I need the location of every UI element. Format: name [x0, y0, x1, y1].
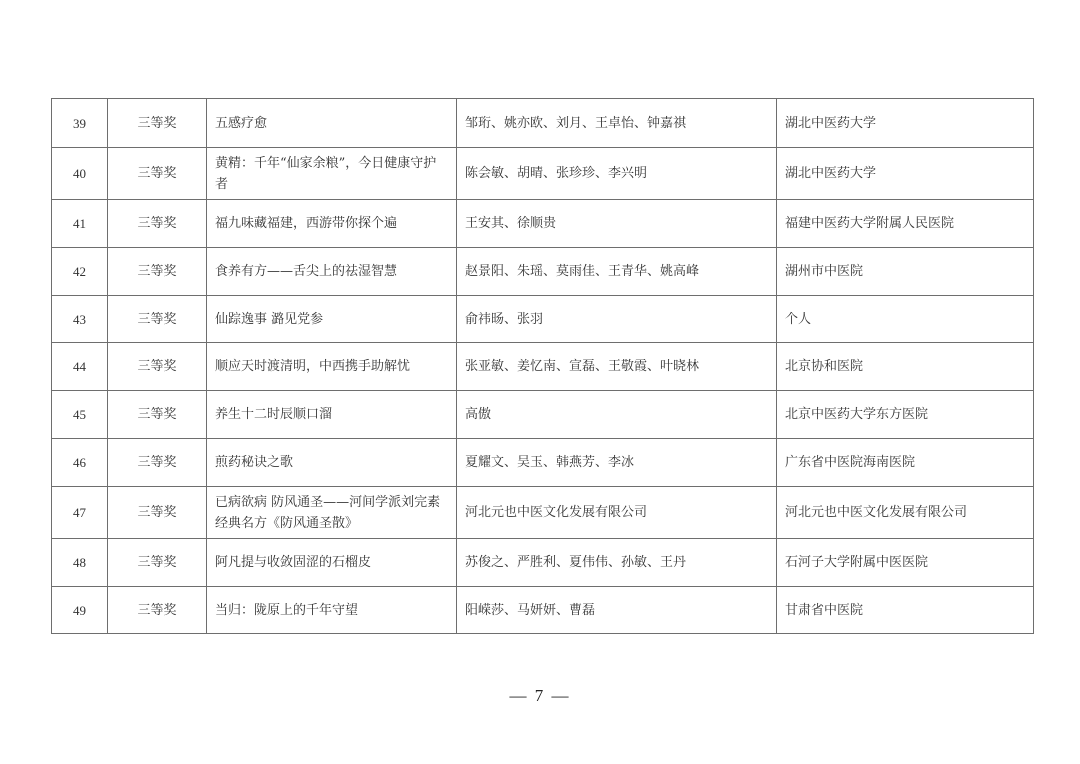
- organization-cell: 北京中医药大学东方医院: [777, 391, 1034, 439]
- work-title-cell: 煎药秘诀之歌: [207, 439, 457, 487]
- organization-cell: 湖州市中医院: [777, 248, 1034, 296]
- table-row: 47 三等奖 已病欲病 防风通圣——河间学派刘完素经典名方《防风通圣散》 河北元…: [52, 487, 1034, 539]
- award-level-cell: 三等奖: [108, 99, 207, 148]
- organization-cell: 河北元也中医文化发展有限公司: [777, 487, 1034, 539]
- row-number-cell: 41: [52, 200, 108, 248]
- table-row: 49 三等奖 当归：陇原上的千年守望 阳嵘莎、马妍妍、曹磊 甘肃省中医院: [52, 587, 1034, 634]
- organization-cell: 石河子大学附属中医医院: [777, 539, 1034, 587]
- work-title-cell: 仙踪逸事 潞见党参: [207, 296, 457, 343]
- award-level-cell: 三等奖: [108, 439, 207, 487]
- table-row: 42 三等奖 食养有方——舌尖上的祛湿智慧 赵景阳、朱瑶、莫雨佳、王青华、姚高峰…: [52, 248, 1034, 296]
- authors-cell: 俞祎旸、张羽: [457, 296, 777, 343]
- row-number-cell: 39: [52, 99, 108, 148]
- authors-cell: 苏俊之、严胜利、夏伟伟、孙敏、王丹: [457, 539, 777, 587]
- table-row: 43 三等奖 仙踪逸事 潞见党参 俞祎旸、张羽 个人: [52, 296, 1034, 343]
- award-level-cell: 三等奖: [108, 248, 207, 296]
- award-level-cell: 三等奖: [108, 343, 207, 391]
- authors-cell: 赵景阳、朱瑶、莫雨佳、王青华、姚高峰: [457, 248, 777, 296]
- table-row: 48 三等奖 阿凡提与收敛固涩的石榴皮 苏俊之、严胜利、夏伟伟、孙敏、王丹 石河…: [52, 539, 1034, 587]
- work-title-cell: 阿凡提与收敛固涩的石榴皮: [207, 539, 457, 587]
- authors-cell: 河北元也中医文化发展有限公司: [457, 487, 777, 539]
- authors-cell: 邹珩、姚亦欧、刘月、王卓怡、钟嘉祺: [457, 99, 777, 148]
- work-title-cell: 当归：陇原上的千年守望: [207, 587, 457, 634]
- row-number-cell: 47: [52, 487, 108, 539]
- award-level-cell: 三等奖: [108, 539, 207, 587]
- authors-cell: 高傲: [457, 391, 777, 439]
- row-number-cell: 44: [52, 343, 108, 391]
- work-title-cell: 养生十二时辰顺口溜: [207, 391, 457, 439]
- authors-cell: 张亚敏、姜忆南、宣磊、王敬霞、叶晓林: [457, 343, 777, 391]
- page-number: — 7 —: [0, 686, 1080, 706]
- award-level-cell: 三等奖: [108, 487, 207, 539]
- table-row: 45 三等奖 养生十二时辰顺口溜 高傲 北京中医药大学东方医院: [52, 391, 1034, 439]
- row-number-cell: 42: [52, 248, 108, 296]
- award-level-cell: 三等奖: [108, 148, 207, 200]
- award-level-cell: 三等奖: [108, 391, 207, 439]
- document-page: 39 三等奖 五感疗愈 邹珩、姚亦欧、刘月、王卓怡、钟嘉祺 湖北中医药大学 40…: [0, 0, 1080, 764]
- table-row: 39 三等奖 五感疗愈 邹珩、姚亦欧、刘月、王卓怡、钟嘉祺 湖北中医药大学: [52, 99, 1034, 148]
- table-row: 44 三等奖 顺应天时渡清明，中西携手助解忧 张亚敏、姜忆南、宣磊、王敬霞、叶晓…: [52, 343, 1034, 391]
- row-number-cell: 46: [52, 439, 108, 487]
- work-title-cell: 福九味藏福建，西游带你探个遍: [207, 200, 457, 248]
- work-title-cell: 顺应天时渡清明，中西携手助解忧: [207, 343, 457, 391]
- work-title-cell: 黄精：千年“仙家余粮”，今日健康守护者: [207, 148, 457, 200]
- authors-cell: 王安其、徐顺贵: [457, 200, 777, 248]
- authors-cell: 阳嵘莎、马妍妍、曹磊: [457, 587, 777, 634]
- row-number-cell: 49: [52, 587, 108, 634]
- authors-cell: 夏耀文、吴玉、韩燕芳、李冰: [457, 439, 777, 487]
- organization-cell: 北京协和医院: [777, 343, 1034, 391]
- work-title-cell: 食养有方——舌尖上的祛湿智慧: [207, 248, 457, 296]
- award-level-cell: 三等奖: [108, 587, 207, 634]
- row-number-cell: 45: [52, 391, 108, 439]
- authors-cell: 陈会敏、胡晴、张珍珍、李兴明: [457, 148, 777, 200]
- award-level-cell: 三等奖: [108, 200, 207, 248]
- row-number-cell: 48: [52, 539, 108, 587]
- organization-cell: 湖北中医药大学: [777, 99, 1034, 148]
- organization-cell: 广东省中医院海南医院: [777, 439, 1034, 487]
- awards-table: 39 三等奖 五感疗愈 邹珩、姚亦欧、刘月、王卓怡、钟嘉祺 湖北中医药大学 40…: [51, 98, 1034, 634]
- award-level-cell: 三等奖: [108, 296, 207, 343]
- organization-cell: 个人: [777, 296, 1034, 343]
- organization-cell: 福建中医药大学附属人民医院: [777, 200, 1034, 248]
- organization-cell: 湖北中医药大学: [777, 148, 1034, 200]
- row-number-cell: 43: [52, 296, 108, 343]
- awards-table-body: 39 三等奖 五感疗愈 邹珩、姚亦欧、刘月、王卓怡、钟嘉祺 湖北中医药大学 40…: [52, 99, 1034, 634]
- table-row: 40 三等奖 黄精：千年“仙家余粮”，今日健康守护者 陈会敏、胡晴、张珍珍、李兴…: [52, 148, 1034, 200]
- table-row: 46 三等奖 煎药秘诀之歌 夏耀文、吴玉、韩燕芳、李冰 广东省中医院海南医院: [52, 439, 1034, 487]
- row-number-cell: 40: [52, 148, 108, 200]
- work-title-cell: 五感疗愈: [207, 99, 457, 148]
- work-title-cell: 已病欲病 防风通圣——河间学派刘完素经典名方《防风通圣散》: [207, 487, 457, 539]
- organization-cell: 甘肃省中医院: [777, 587, 1034, 634]
- table-row: 41 三等奖 福九味藏福建，西游带你探个遍 王安其、徐顺贵 福建中医药大学附属人…: [52, 200, 1034, 248]
